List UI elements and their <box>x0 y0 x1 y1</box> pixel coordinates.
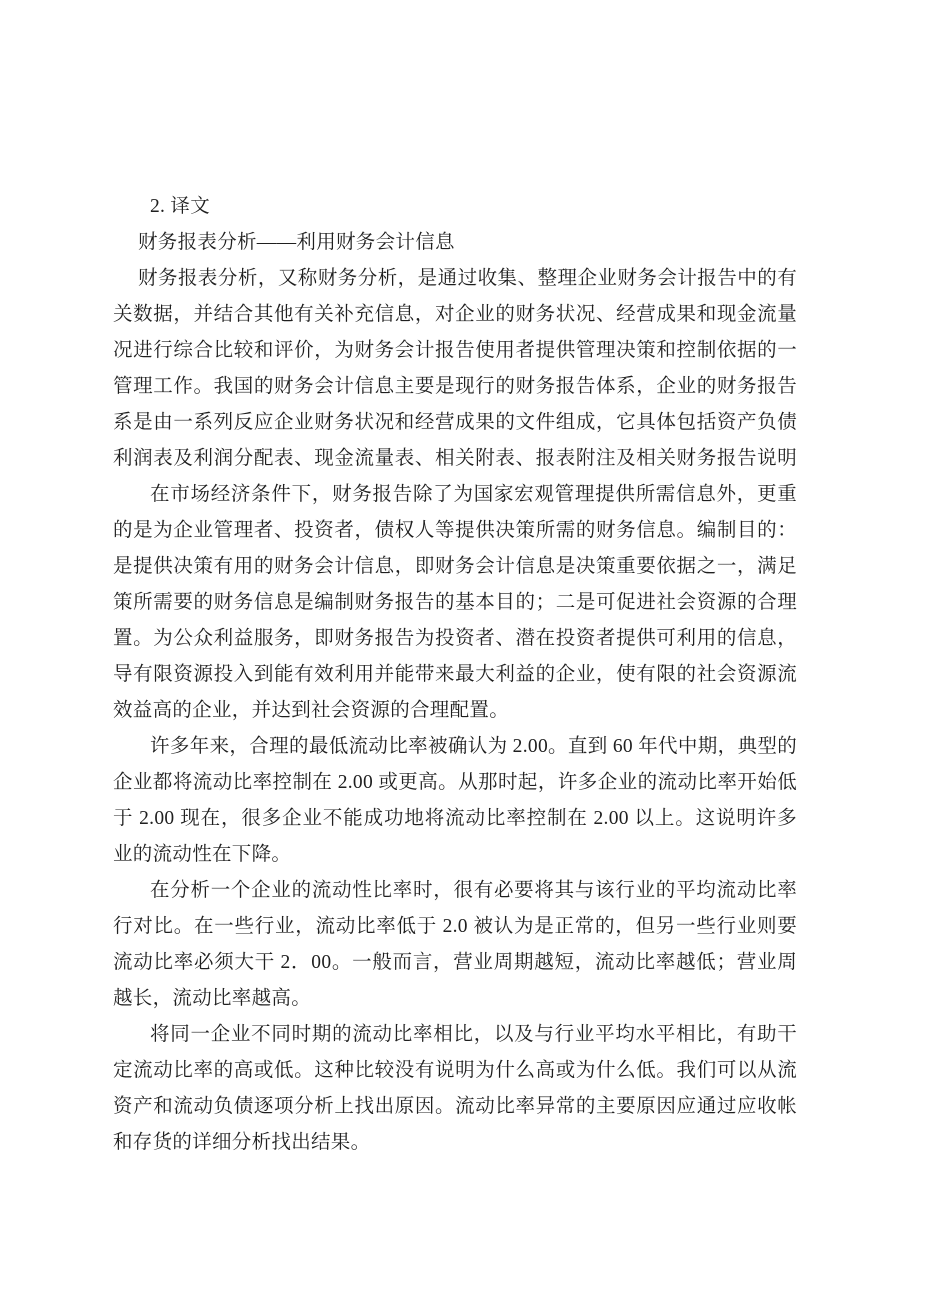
text-line: 财务报表分析——利用财务会计信息 <box>113 225 797 261</box>
text-line: 越长，流动比率越高。 <box>113 981 797 1017</box>
text-line: 是提供决策有用的财务会计信息，即财务会计信息是决策重要依据之一，满足决 <box>113 549 797 585</box>
text-line: 财务报表分析，又称财务分析，是通过收集、整理企业财务会计报告中的有 <box>113 261 797 297</box>
text-line: 在市场经济条件下，财务报告除了为国家宏观管理提供所需信息外，更重要 <box>113 477 797 513</box>
text-line: 导有限资源投入到能有效利用并能带来最大利益的企业，使有限的社会资源流入 <box>113 657 797 693</box>
text-line: 定流动比率的高或低。这种比较没有说明为什么高或为什么低。我们可以从流动 <box>113 1053 797 1089</box>
text-line: 管理工作。我国的财务会计信息主要是现行的财务报告体系，企业的财务报告体 <box>113 369 797 405</box>
text-line: 系是由一系列反应企业财务状况和经营成果的文件组成，它具体包括资产负债表、 <box>113 405 797 441</box>
text-line: 置。为公众利益服务，即财务报告为投资者、潜在投资者提供可利用的信息，引 <box>113 621 797 657</box>
text-line: 在分析一个企业的流动性比率时，很有必要将其与该行业的平均流动比率进 <box>113 873 797 909</box>
text-line: 2. 译文 <box>113 189 797 225</box>
text-line: 的是为企业管理者、投资者，债权人等提供决策所需的财务信息。编制目的：一 <box>113 513 797 549</box>
text-line: 策所需要的财务信息是编制财务报告的基本目的；二是可促进社会资源的合理配 <box>113 585 797 621</box>
text-line: 许多年来，合理的最低流动比率被确认为 2.00。直到 60 年代中期，典型的 <box>113 729 797 765</box>
document-page: 2. 译文财务报表分析——利用财务会计信息财务报表分析，又称财务分析，是通过收集… <box>0 0 926 1309</box>
text-line: 资产和流动负债逐项分析上找出原因。流动比率异常的主要原因应通过应收帐款 <box>113 1089 797 1125</box>
text-line: 利润表及利润分配表、现金流量表、相关附表、报表附注及相关财务报告说明书。 <box>113 441 797 477</box>
text-line: 将同一企业不同时期的流动比率相比，以及与行业平均水平相比，有助干确 <box>113 1017 797 1053</box>
text-line: 业的流动性在下降。 <box>113 837 797 873</box>
text-line: 关数据，并结合其他有关补充信息，对企业的财务状况、经营成果和现金流量情 <box>113 297 797 333</box>
text-line: 于 2.00 现在，很多企业不能成功地将流动比率控制在 2.00 以上。这说明许… <box>113 801 797 837</box>
text-line: 企业都将流动比率控制在 2.00 或更高。从那时起，许多企业的流动比率开始低 <box>113 765 797 801</box>
text-line: 况进行综合比较和评价，为财务会计报告使用者提供管理决策和控制依据的一项 <box>113 333 797 369</box>
text-line: 和存货的详细分析找出结果。 <box>113 1125 797 1161</box>
document-text-block: 2. 译文财务报表分析——利用财务会计信息财务报表分析，又称财务分析，是通过收集… <box>113 189 797 1161</box>
text-line: 效益高的企业，并达到社会资源的合理配置。 <box>113 693 797 729</box>
text-line: 流动比率必须大干 2．00。一般而言，营业周期越短，流动比率越低；营业周期 <box>113 945 797 981</box>
text-line: 行对比。在一些行业，流动比率低于 2.0 被认为是正常的，但另一些行业则要求 <box>113 909 797 945</box>
